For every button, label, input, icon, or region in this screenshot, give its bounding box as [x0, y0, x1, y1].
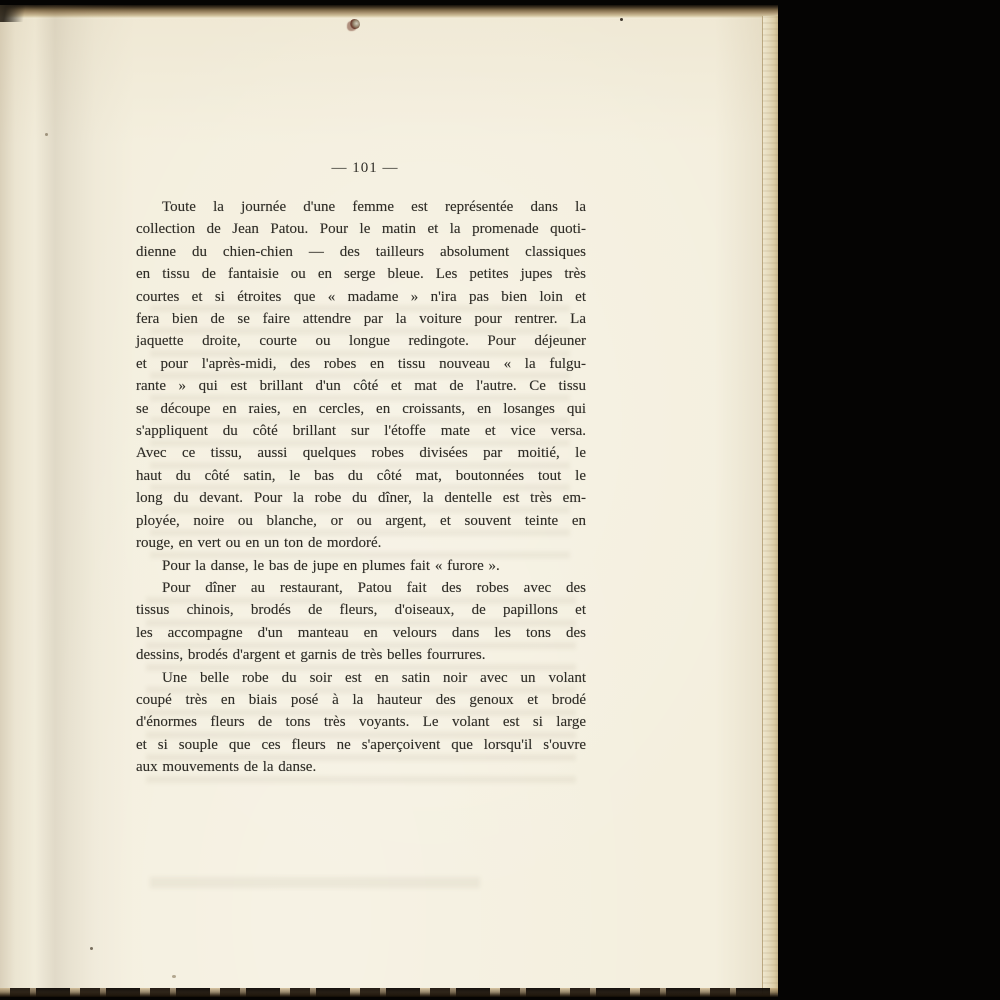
text-line: Toute la journée d'une femme est représe…	[136, 196, 586, 218]
text-line: d'énormes fleurs de tons très voyants. L…	[136, 711, 586, 733]
page-number-header: — 101 —	[140, 160, 590, 177]
paper-speck	[172, 975, 176, 978]
text-line: rante » qui est brillant d'un côté et ma…	[136, 375, 586, 397]
text-line: en tissu de fantaisie ou en serge bleue.…	[136, 263, 586, 285]
text-line: et pour l'après-midi, des robes en tissu…	[136, 353, 586, 375]
text-line: Avec ce tissu, aussi quelques robes divi…	[136, 442, 586, 464]
paragraph: Toute la journée d'une femme est représe…	[136, 196, 586, 555]
text-line: aux mouvements de la danse.	[136, 756, 586, 778]
text-line: rouge, en vert ou en un ton de mordoré.	[136, 532, 586, 554]
paper-stain	[350, 19, 360, 29]
fore-edge-shading	[715, 15, 763, 991]
text-line: dessins, brodés d'argent et garnis de tr…	[136, 644, 586, 666]
text-line: collection de Jean Patou. Pour le matin …	[136, 218, 586, 240]
book-page: — 101 — Toute la journée d'une femme est…	[0, 5, 778, 997]
text-line: les accompagne d'un manteau en velours d…	[136, 622, 586, 644]
text-line: et si souple que ces fleurs ne s'aperçoi…	[136, 734, 586, 756]
text-line: tissus chinois, brodés de fleurs, d'oise…	[136, 599, 586, 621]
text-line: ployée, noire ou blanche, or ou argent, …	[136, 510, 586, 532]
text-line: se découpe en raies, en cercles, en croi…	[136, 398, 586, 420]
verso-bleedthrough	[150, 877, 480, 888]
text-block: Toute la journée d'une femme est représe…	[136, 196, 586, 779]
paper-speck	[45, 133, 48, 136]
fore-edge	[762, 16, 778, 994]
text-line: Une belle robe du soir est en satin noir…	[136, 667, 586, 689]
text-line: haut du côté satin, le bas du côté mat, …	[136, 465, 586, 487]
text-line: coupé très en biais posé à la hauteur de…	[136, 689, 586, 711]
paper-speck	[620, 18, 623, 21]
text-line: fera bien de se faire attendre par la vo…	[136, 308, 586, 330]
text-line: jaquette droite, courte ou longue reding…	[136, 330, 586, 352]
text-line: courtes et si étroites que « madame » n'…	[136, 286, 586, 308]
paragraph: Une belle robe du soir est en satin noir…	[136, 667, 586, 779]
text-line: long du devant. Pour la robe du dîner, l…	[136, 487, 586, 509]
text-line: Pour dîner au restaurant, Patou fait des…	[136, 577, 586, 599]
paper-speck	[90, 947, 93, 950]
text-line: Pour la danse, le bas de jupe en plumes …	[136, 555, 586, 577]
text-line: s'appliquent du côté brillant sur l'étof…	[136, 420, 586, 442]
paragraph: Pour dîner au restaurant, Patou fait des…	[136, 577, 586, 667]
paragraph: Pour la danse, le bas de jupe en plumes …	[136, 555, 586, 577]
gutter-shadow	[0, 5, 140, 997]
text-line: dienne du chien-chien — des tailleurs ab…	[136, 241, 586, 263]
page-bottom-edge	[0, 988, 778, 997]
scan-background: — 101 — Toute la journée d'une femme est…	[0, 0, 1000, 1000]
